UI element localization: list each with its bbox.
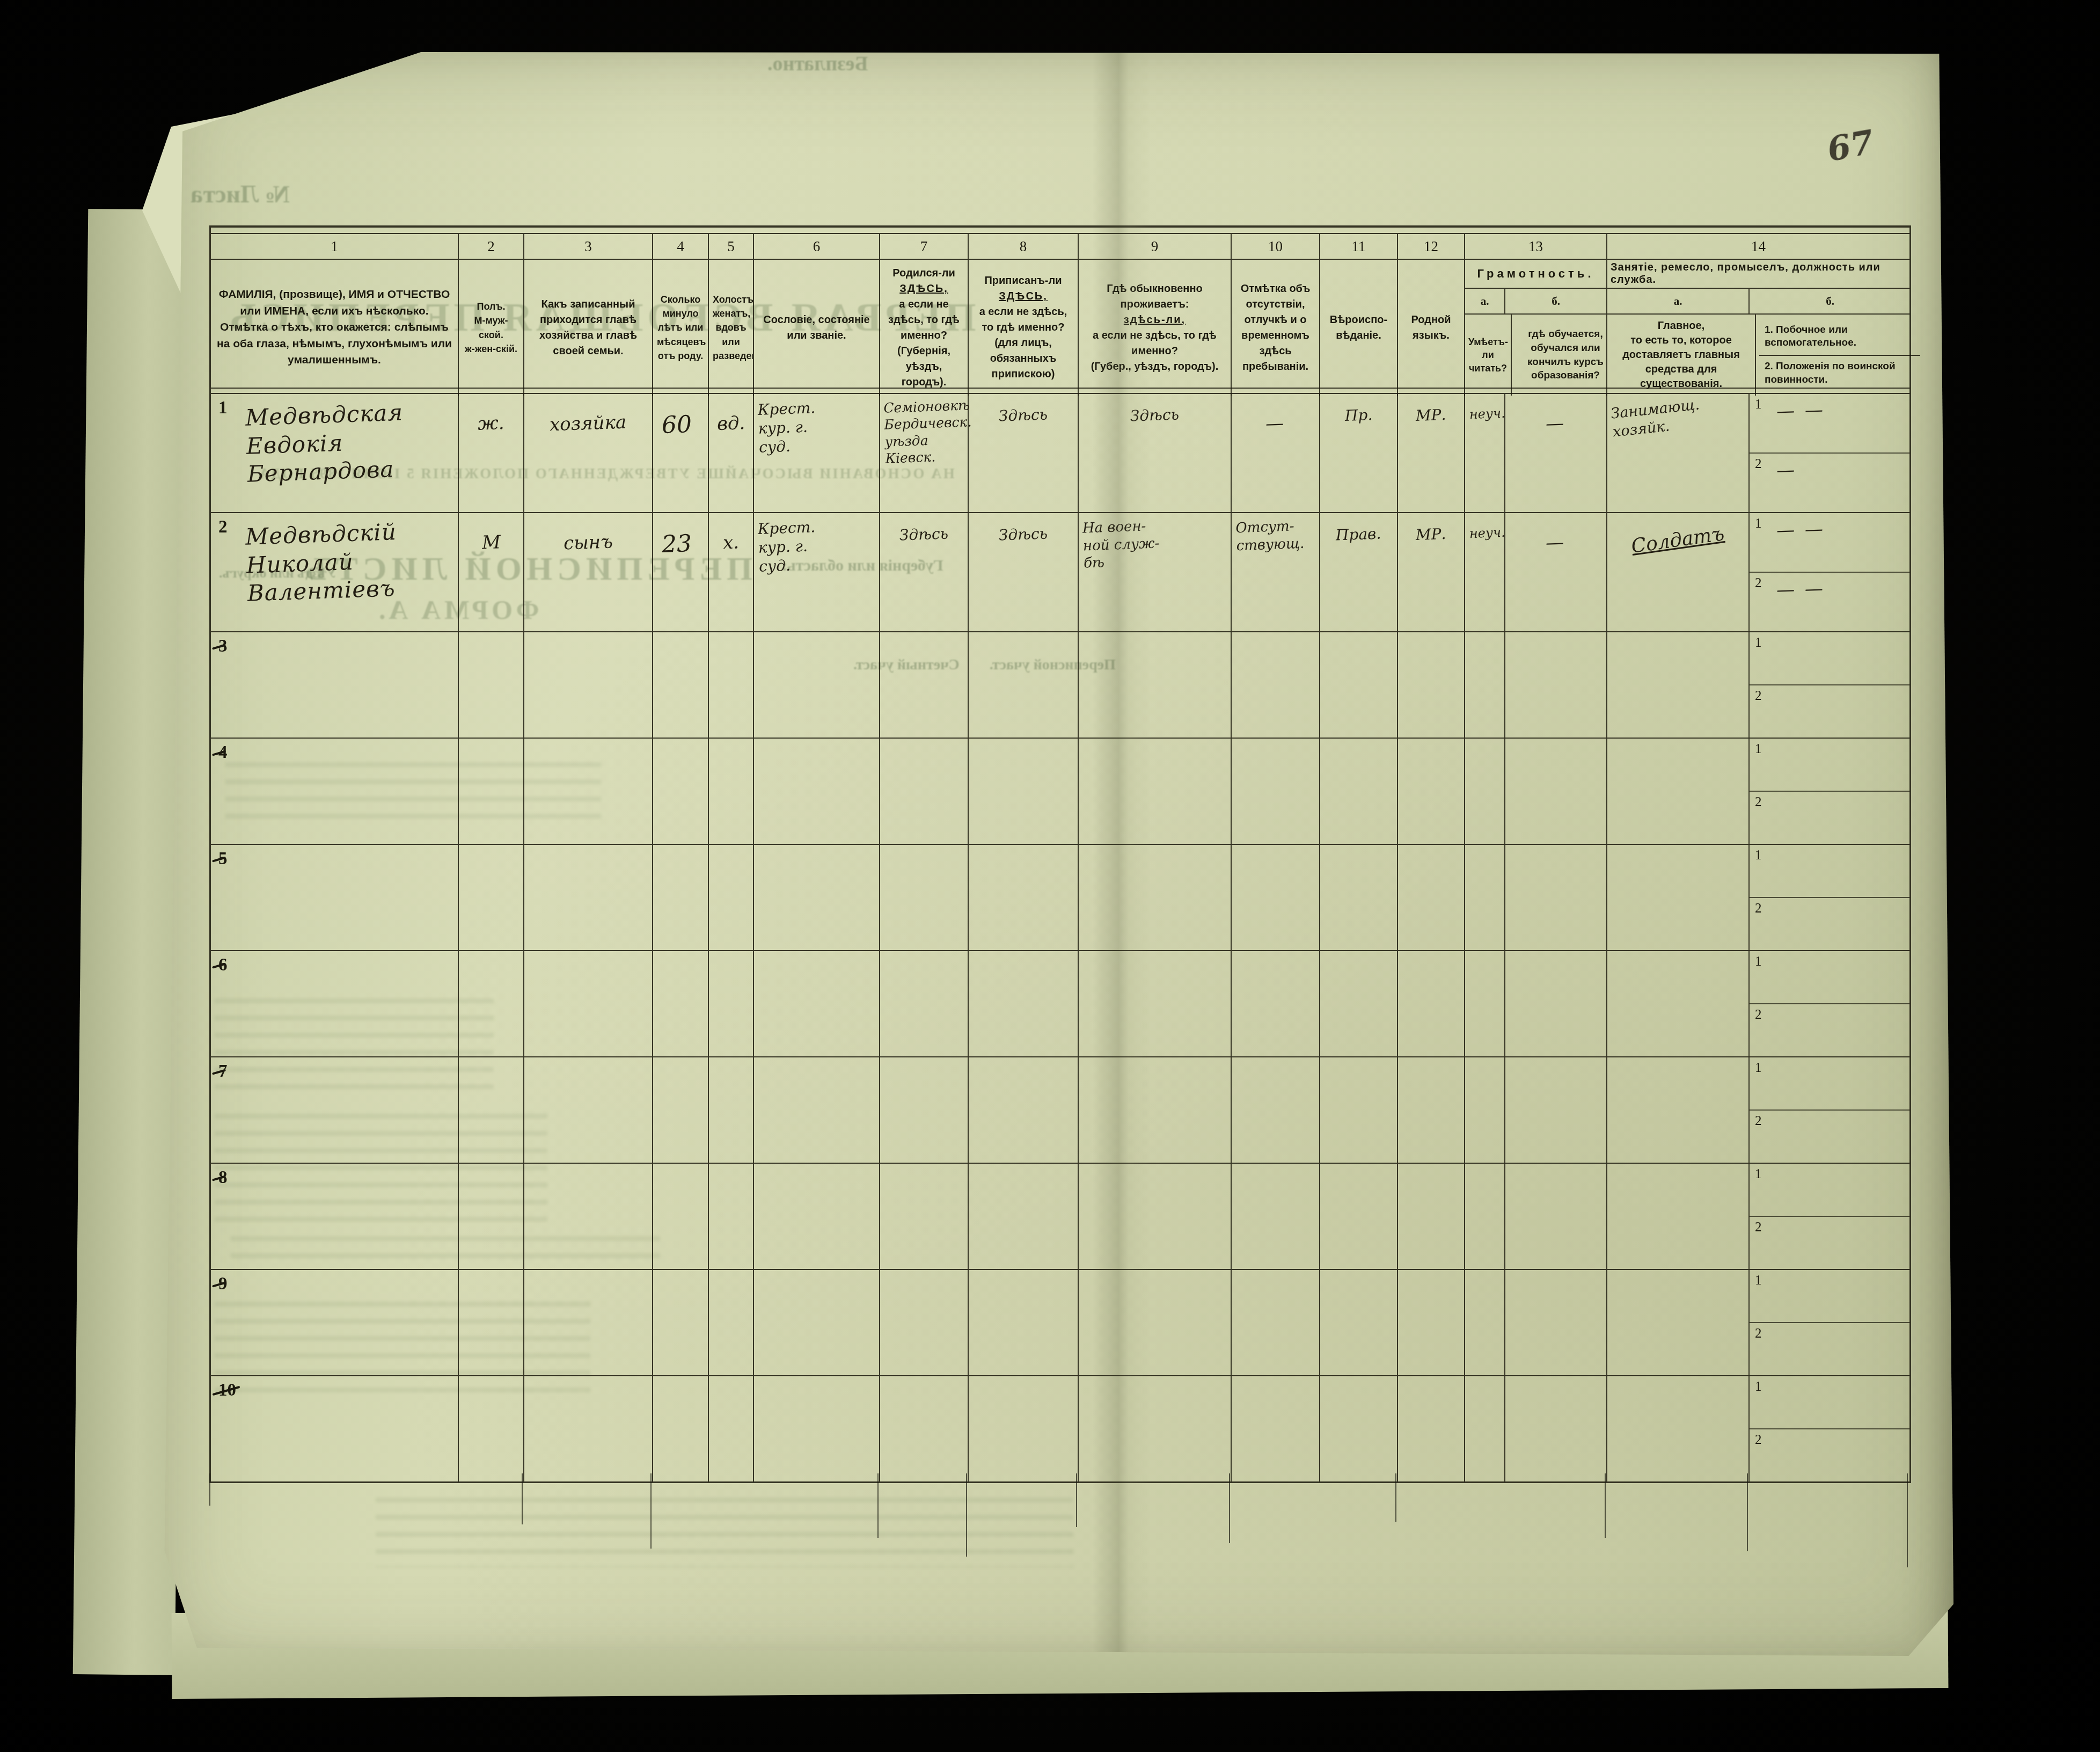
rule-overshoot <box>966 1473 967 1557</box>
rule-overshoot <box>877 1473 879 1538</box>
cell-literacy-a: неуч. <box>1464 513 1504 631</box>
column-number: 6 <box>753 234 879 259</box>
column-number: 10 <box>1231 234 1319 259</box>
column-number: 13 <box>1464 234 1606 259</box>
column-header-relation: Какъ записанный приходится главѣ хозяйст… <box>523 260 652 396</box>
column-header-residence: Гдѣ обыкновенно проживаетъ: здѣсь-ли, а … <box>1078 260 1231 396</box>
cell-residence: Здѣсь <box>1078 394 1231 512</box>
column-header-literacy-group: Грамотность. а. б. Умѣетъ-ли читать? гдѣ… <box>1464 260 1606 396</box>
column-header-estate: Сословіе, состояніе или званіе. <box>753 260 879 396</box>
cell-age: 23 <box>652 513 708 631</box>
column-header-age: Сколько минуло лѣтъ или мѣсяцевъ отъ род… <box>652 260 708 396</box>
cell-occupation-secondary: 1— — 2— <box>1748 394 1909 512</box>
cell-estate: Крест. кур. г. суд. <box>753 513 879 631</box>
census-table: 1 2 3 4 5 6 7 8 9 10 11 12 13 14 ФАМИЛІЯ… <box>209 225 1911 1483</box>
column-number: 8 <box>968 234 1078 259</box>
cell-name: 7 <box>211 1057 458 1163</box>
cell-absence: Отсут- ствующ. <box>1231 513 1319 631</box>
cell-occupation-secondary: 12 <box>1748 1270 1909 1375</box>
rule-overshoot <box>209 1473 210 1506</box>
cell-occupation-secondary: 12 <box>1748 1376 1909 1481</box>
cell-religion: Пр. <box>1319 394 1397 512</box>
literacy-group-title: Грамотность. <box>1465 260 1606 289</box>
column-number: 2 <box>458 234 523 259</box>
column-number: 3 <box>523 234 652 259</box>
bleedthrough-free-label: Безплатно. <box>767 52 868 76</box>
rule-overshoot <box>1076 1473 1077 1527</box>
column-header-name: ФАМИЛІЯ, (прозвище), ИМЯ и ОТЧЕСТВО или … <box>211 260 458 396</box>
occupation-group-title: Занятіе, ремесло, промыселъ, должность и… <box>1607 260 1909 289</box>
cell-birthplace: Семіоновкѣ Бердичевск. уѣзда Кіевск. <box>879 394 968 512</box>
rule-overshoot <box>650 1473 652 1549</box>
rule-overshoot <box>522 1473 523 1524</box>
cell-name: 2Медвѣдскій Николай Валентіевъ <box>211 513 458 631</box>
cell-occupation-secondary: 1— — 2— — <box>1748 513 1909 631</box>
cell-name: 6 <box>211 951 458 1056</box>
occupation-secondary-desc-2: 2. Положенія по воинской повинности. <box>1759 356 1920 392</box>
literacy-sub-a-label: а. <box>1465 289 1504 313</box>
cell-name: 4 <box>211 739 458 844</box>
row-number: 9 <box>218 1274 228 1294</box>
cell-birthplace: Здѣсь <box>879 513 968 631</box>
row-number: 7 <box>218 1062 228 1082</box>
bleedthrough-sheet-number-label: № Листа <box>191 180 290 208</box>
cell-residence: На воен- ной служ- бѣ <box>1078 513 1231 631</box>
table-row-5: 5 12 <box>211 844 1909 950</box>
column-header-occupation-group: Занятіе, ремесло, промыселъ, должность и… <box>1606 260 1909 396</box>
row-number: 3 <box>218 637 228 656</box>
literacy-sub-b-desc: гдѣ обучается, обучался или кончилъ курс… <box>1511 315 1619 396</box>
occupation-sub-b-label: б. <box>1748 289 1911 313</box>
cell-registration: Здѣсь <box>968 394 1078 512</box>
cell-name: 10 <box>211 1376 458 1481</box>
table-row-8: 8 12 <box>211 1163 1909 1269</box>
table-top-double-rule <box>211 225 1909 234</box>
occupation-main-desc: Главное, то есть то, которое доставляетъ… <box>1607 315 1755 396</box>
cell-name: 5 <box>211 845 458 950</box>
cell-marital: х. <box>708 513 753 631</box>
rule-overshoot <box>1747 1473 1748 1551</box>
column-header-registration: Приписанъ-ли ЗДѢСЬ, а если не здѣсь, то … <box>968 260 1078 396</box>
occupation-secondary-desc-1: 1. Побочное или вспомогательное. <box>1759 319 1920 356</box>
cell-language: МР. <box>1397 394 1464 512</box>
rule-overshoot <box>1229 1473 1230 1543</box>
table-row-4: 4 12 <box>211 738 1909 844</box>
cell-estate: Крест. кур. г. суд. <box>753 394 879 512</box>
rule-overshoot <box>1907 1473 1908 1567</box>
cell-age: 60 <box>652 394 708 512</box>
cell-language: МР. <box>1397 513 1464 631</box>
rule-overshoot <box>1395 1473 1396 1522</box>
row-number: 10 <box>218 1381 236 1400</box>
row-number: 5 <box>218 849 228 869</box>
bleedthrough-text-block <box>376 1498 1073 1567</box>
cell-name: 8 <box>211 1164 458 1269</box>
column-number: 14 <box>1606 234 1909 259</box>
page-number: 67 <box>1824 122 1877 169</box>
cell-literacy-b: — <box>1504 513 1606 631</box>
column-number: 11 <box>1319 234 1397 259</box>
occupation-secondary-desc: 1. Побочное или вспомогательное. 2. Поло… <box>1755 315 1923 396</box>
cell-occupation-secondary: 12 <box>1748 739 1909 844</box>
literacy-sub-b-label: б. <box>1504 289 1606 313</box>
column-header-absence: Отмѣтка объ отсутствіи, отлучкѣ и о врем… <box>1231 260 1319 396</box>
column-header-religion: Вѣроиспо-вѣданіе. <box>1319 260 1397 396</box>
row-number: 1 <box>218 398 228 418</box>
column-number: 12 <box>1397 234 1464 259</box>
table-row-10: 10 12 <box>211 1375 1909 1481</box>
column-number: 4 <box>652 234 708 259</box>
literacy-sub-a-desc: Умѣетъ-ли читать? <box>1465 315 1511 396</box>
cell-occupation-main: Занимающ. хозяйк. <box>1606 394 1748 512</box>
cell-name: 1Медвѣдская Евдокія Бернардова <box>211 394 458 512</box>
table-row-2: 2Медвѣдскій Николай Валентіевъ М сынъ 23… <box>211 512 1909 631</box>
cell-occupation-secondary: 12 <box>1748 845 1909 950</box>
row-number: 8 <box>218 1168 228 1188</box>
cell-relation: хозяйка <box>523 394 652 512</box>
cell-sex: ж. <box>458 394 523 512</box>
cell-occupation-secondary: 12 <box>1748 951 1909 1056</box>
column-number: 1 <box>211 234 458 259</box>
row-number: 4 <box>218 743 228 763</box>
column-number-row: 1 2 3 4 5 6 7 8 9 10 11 12 13 14 <box>211 234 1909 260</box>
cell-literacy-a: неуч. <box>1464 394 1504 512</box>
cell-occupation-secondary: 12 <box>1748 632 1909 738</box>
column-header-marital: Холостъ, женатъ, вдовъ или разведенъ. <box>708 260 753 396</box>
cell-name: 9 <box>211 1270 458 1375</box>
rule-overshoot <box>1605 1473 1606 1538</box>
table-row-3: 3 12 <box>211 631 1909 738</box>
table-row-9: 9 12 <box>211 1269 1909 1375</box>
cell-religion: Прав. <box>1319 513 1397 631</box>
cell-marital: вд. <box>708 394 753 512</box>
column-header-language: Родной языкъ. <box>1397 260 1464 396</box>
cell-occupation-secondary: 12 <box>1748 1164 1909 1269</box>
cell-registration: Здѣсь <box>968 513 1078 631</box>
census-form-page: № Листа Безплатно. ПЕРВАЯ ВСЕОБЩАЯ ПЕРЕП… <box>161 46 1953 1664</box>
cell-occupation-main: Солдатъ <box>1606 513 1748 631</box>
column-number: 9 <box>1078 234 1231 259</box>
cell-literacy-b: — <box>1504 394 1606 512</box>
scanned-census-sheet: № Листа Безплатно. ПЕРВАЯ ВСЕОБЩАЯ ПЕРЕП… <box>0 0 2100 1752</box>
row-number: 6 <box>218 955 228 975</box>
cell-sex: М <box>458 513 523 631</box>
table-row-7: 7 12 <box>211 1056 1909 1163</box>
table-row-1: 1Медвѣдская Евдокія Бернардова ж. хозяйк… <box>211 394 1909 512</box>
column-number: 5 <box>708 234 753 259</box>
row-number: 2 <box>218 517 228 537</box>
cell-name: 3 <box>211 632 458 738</box>
column-header-sex: Полъ. М-муж-ской. ж-жен-скій. <box>458 260 523 396</box>
cell-occupation-secondary: 12 <box>1748 1057 1909 1163</box>
cell-absence: — <box>1231 394 1319 512</box>
column-header-row: ФАМИЛІЯ, (прозвище), ИМЯ и ОТЧЕСТВО или … <box>211 260 1909 388</box>
column-header-birthplace: Родился-ли ЗДѢСЬ, а если не здѣсь, то гд… <box>879 260 968 396</box>
occupation-sub-a-label: а. <box>1607 289 1748 313</box>
cell-relation: сынъ <box>523 513 652 631</box>
table-row-6: 6 12 <box>211 950 1909 1056</box>
column-number: 7 <box>879 234 968 259</box>
